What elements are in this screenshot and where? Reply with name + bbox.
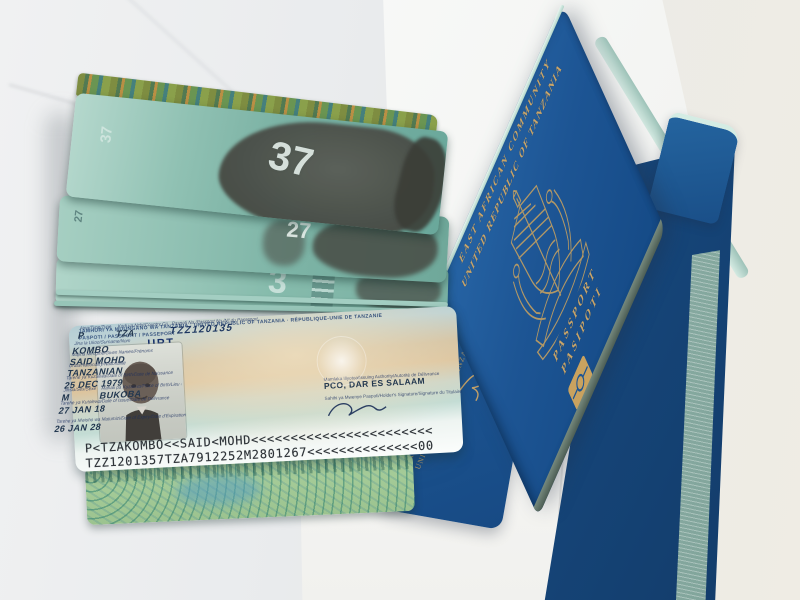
holder-signature-icon [325, 397, 390, 420]
page-number-large: 37 [264, 133, 317, 187]
passport-data-page: JAMHURI YA MUUNGANO WA TANZANIA · UNITED… [68, 306, 463, 472]
page-number-side: 27 [72, 210, 85, 223]
data-fields: Aina/Type/Type P Kodi ya Nchi/Country Co… [42, 314, 296, 441]
field-country-code-value: TZA [115, 326, 167, 339]
page-number-side: 37 [97, 125, 116, 143]
field-date-of-expiry: Tarehe ya Mwisho wa Matumizi/Date of Exp… [53, 412, 187, 434]
field-passport-no: Paspoti Na./Passport No./Nº du Passeport… [168, 316, 258, 337]
field-country-code: Kodi ya Nchi/Country Code/Code du Pays T… [115, 321, 169, 339]
photo-scene: EAST AFRICAN COMMUNITY UNITED REPUBLIC O… [0, 0, 800, 600]
